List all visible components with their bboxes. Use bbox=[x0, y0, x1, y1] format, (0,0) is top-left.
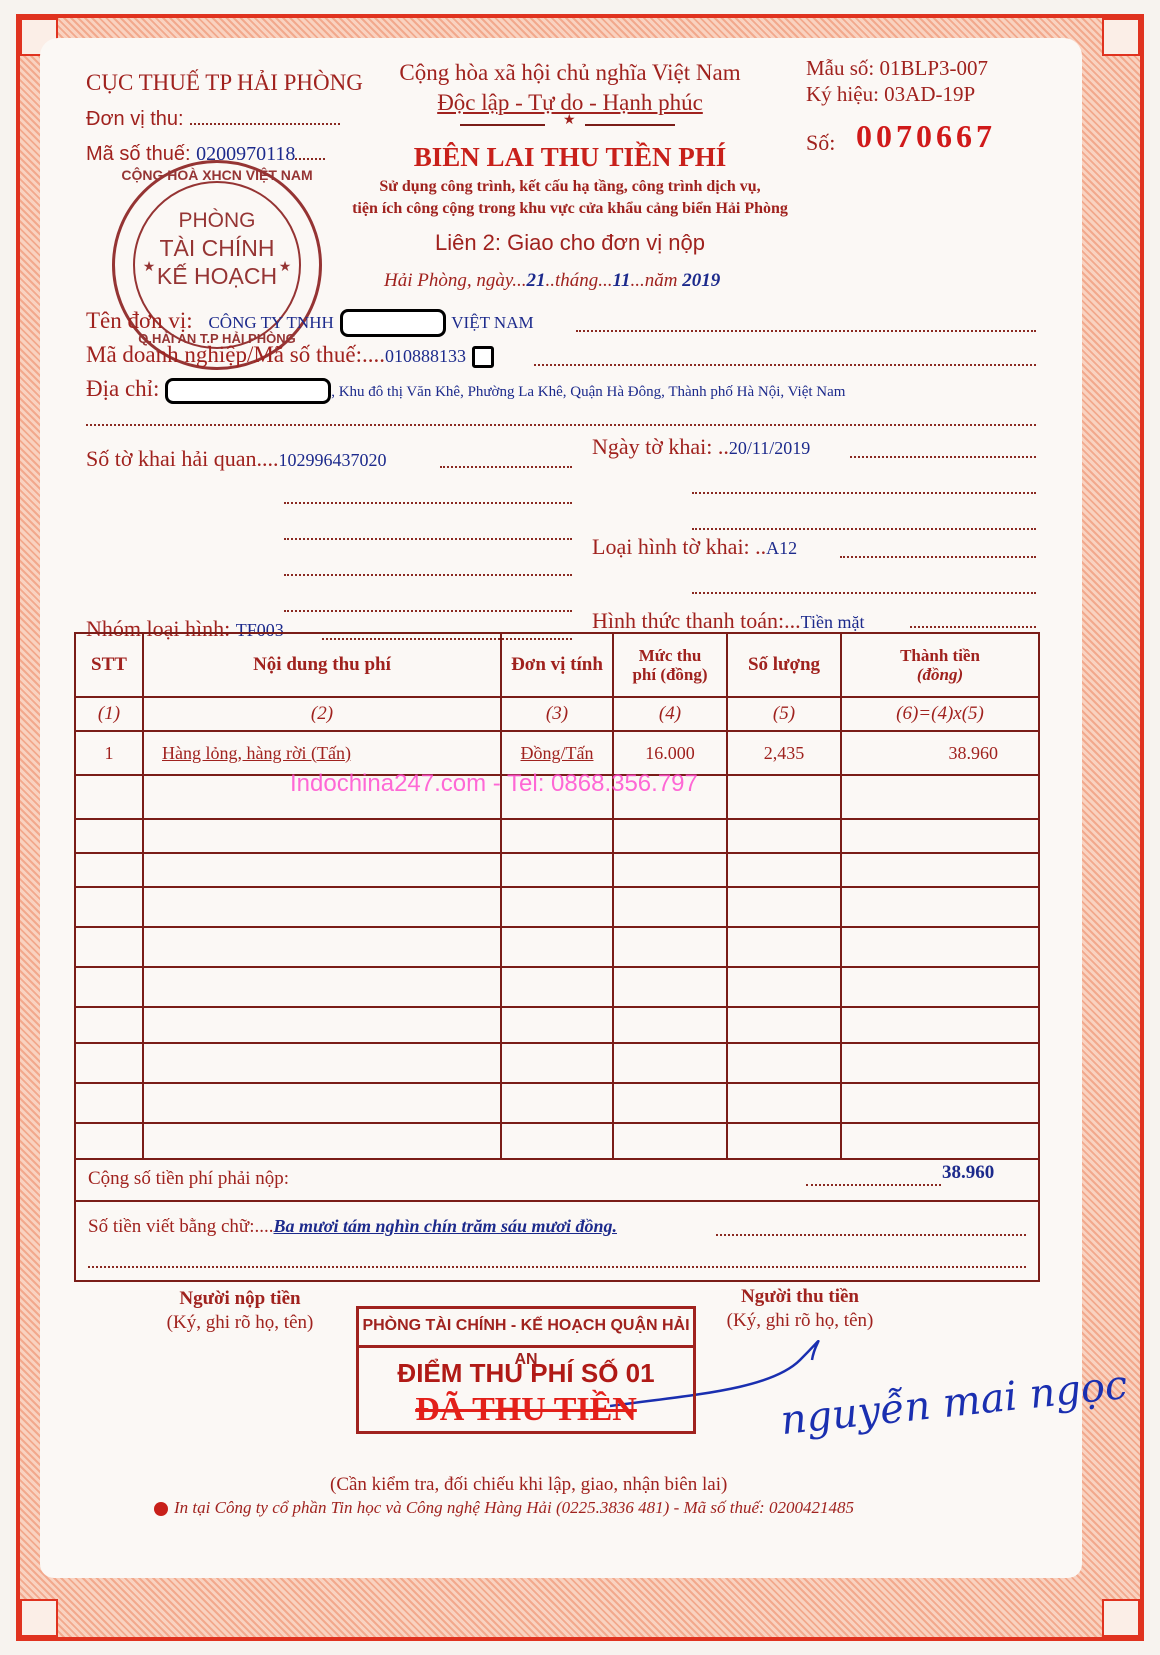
col-header-qty: Số lượng bbox=[727, 633, 841, 697]
col-header-rate: Mức thuphí (đồng) bbox=[613, 633, 727, 697]
col-header-unit: Đơn vị tính bbox=[501, 633, 613, 697]
receipt-subtitle-2: tiện ích công cộng trong khu vực cửa khẩ… bbox=[300, 200, 840, 218]
payer-signature-note: (Ký, ghi rõ họ, tên) bbox=[140, 1312, 340, 1334]
col-header-content: Nội dung thu phí bbox=[143, 633, 501, 697]
payment-method-row: Hình thức thanh toán:...Tiền mặt bbox=[592, 608, 865, 634]
table-row-empty bbox=[75, 819, 1039, 853]
table-row-empty bbox=[75, 853, 1039, 887]
collector-signature-title: Người thu tiền bbox=[700, 1286, 900, 1308]
total-label: Cộng số tiền phí phải nộp: bbox=[88, 1168, 289, 1190]
unit-label: Đơn vị thu: bbox=[86, 108, 340, 131]
declaration-type-row: Loại hình tờ khai: ..A12 bbox=[592, 534, 797, 560]
table-row-empty bbox=[75, 1043, 1039, 1083]
serial-label: Số: bbox=[806, 130, 835, 156]
symbol: Ký hiệu: 03AD-19P bbox=[806, 82, 975, 107]
border-corner bbox=[1102, 1599, 1140, 1637]
paid-stamp: PHÒNG TÀI CHÍNH - KẾ HOẠCH QUẬN HẢI AN Đ… bbox=[356, 1306, 696, 1434]
payer-address-row: Địa chỉ: , Khu đô thị Văn Khê, Phường La… bbox=[86, 376, 845, 404]
printer-info: In tại Công ty cổ phần Tin học và Công n… bbox=[154, 1498, 854, 1518]
issue-date: Hải Phòng, ngày...21..tháng...11...năm 2… bbox=[384, 270, 720, 292]
footer-note: (Cần kiểm tra, đối chiếu khi lập, giao, … bbox=[330, 1474, 727, 1496]
divider bbox=[585, 124, 675, 126]
receipt-title: BIÊN LAI THU TIỀN PHÍ bbox=[340, 142, 800, 173]
col-header-amount: Thành tiền(đồng) bbox=[841, 633, 1039, 697]
star-icon: ★ bbox=[183, 258, 387, 275]
table-row-empty bbox=[75, 1007, 1039, 1043]
declaration-date-row: Ngày tờ khai: ..20/11/2019 bbox=[592, 434, 810, 460]
column-index-row: (1)(2)(3)(4)(5)(6)=(4)x(5) bbox=[75, 697, 1039, 731]
redacted-box bbox=[165, 378, 331, 404]
collector-signature-note: (Ký, ghi rõ họ, tên) bbox=[700, 1310, 900, 1332]
payer-signature-title: Người nộp tiền bbox=[140, 1288, 340, 1310]
star-icon: ★ bbox=[563, 112, 576, 129]
redacted-box bbox=[340, 309, 446, 337]
border-corner bbox=[1102, 18, 1140, 56]
receipt-subtitle-1: Sử dụng công trình, kết cấu hạ tầng, côn… bbox=[340, 178, 800, 196]
watermark: Indochina247.com - Tel: 0868.356.797 bbox=[290, 770, 698, 798]
redacted-box bbox=[472, 346, 494, 368]
stamp-collection-point: ĐIỂM THU PHÍ SỐ 01 bbox=[359, 1358, 693, 1389]
table-row-empty bbox=[75, 1083, 1039, 1123]
table-row-empty bbox=[75, 887, 1039, 927]
table-row-empty bbox=[75, 1123, 1039, 1159]
fee-items-table: STT Nội dung thu phí Đơn vị tính Mức thu… bbox=[74, 632, 1040, 1160]
summary-box: Cộng số tiền phí phải nộp: 38.960 Số tiề… bbox=[74, 1156, 1040, 1282]
amount-in-words-row: Số tiền viết bằng chữ:....Ba mươi tám ng… bbox=[88, 1216, 617, 1238]
customs-declaration-row: Số tờ khai hải quan....102996437020 bbox=[86, 446, 387, 472]
printer-logo-icon bbox=[154, 1502, 168, 1516]
divider bbox=[460, 124, 545, 126]
payer-tax-row: Mã doanh nghiệp/Mã số thuế:....010888133 bbox=[86, 342, 494, 368]
stamp-office: PHÒNG TÀI CHÍNH - KẾ HOẠCH QUẬN HẢI AN bbox=[359, 1309, 693, 1348]
agency-name: CỤC THUẾ TP HẢI PHÒNG bbox=[86, 70, 363, 96]
col-header-stt: STT bbox=[75, 633, 143, 697]
nation-name: Cộng hòa xã hội chủ nghĩa Việt Nam bbox=[380, 60, 760, 86]
table-row-empty bbox=[75, 967, 1039, 1007]
stamp-paid-status: ĐÃ THU TIỀN bbox=[359, 1391, 693, 1429]
table-header-row: STT Nội dung thu phí Đơn vị tính Mức thu… bbox=[75, 633, 1039, 697]
table-row: 1 Hàng lỏng, hàng rời (Tấn) Đồng/Tấn 16.… bbox=[75, 731, 1039, 775]
table-row-empty bbox=[75, 927, 1039, 967]
border-corner bbox=[20, 1599, 58, 1637]
copy-label: Liên 2: Giao cho đơn vị nộp bbox=[340, 230, 800, 256]
round-official-stamp: CỘNG HOÀ XHCN VIỆT NAM PHÒNG TÀI CHÍNH K… bbox=[112, 160, 322, 370]
serial-number: 0070667 bbox=[856, 118, 996, 155]
form-number: Mẫu số: 01BLP3-007 bbox=[806, 56, 988, 81]
payer-name-row: Tên đơn vị: CÔNG TY TNHH VIỆT NAM bbox=[86, 308, 1036, 337]
total-amount: 38.960 bbox=[942, 1162, 994, 1184]
